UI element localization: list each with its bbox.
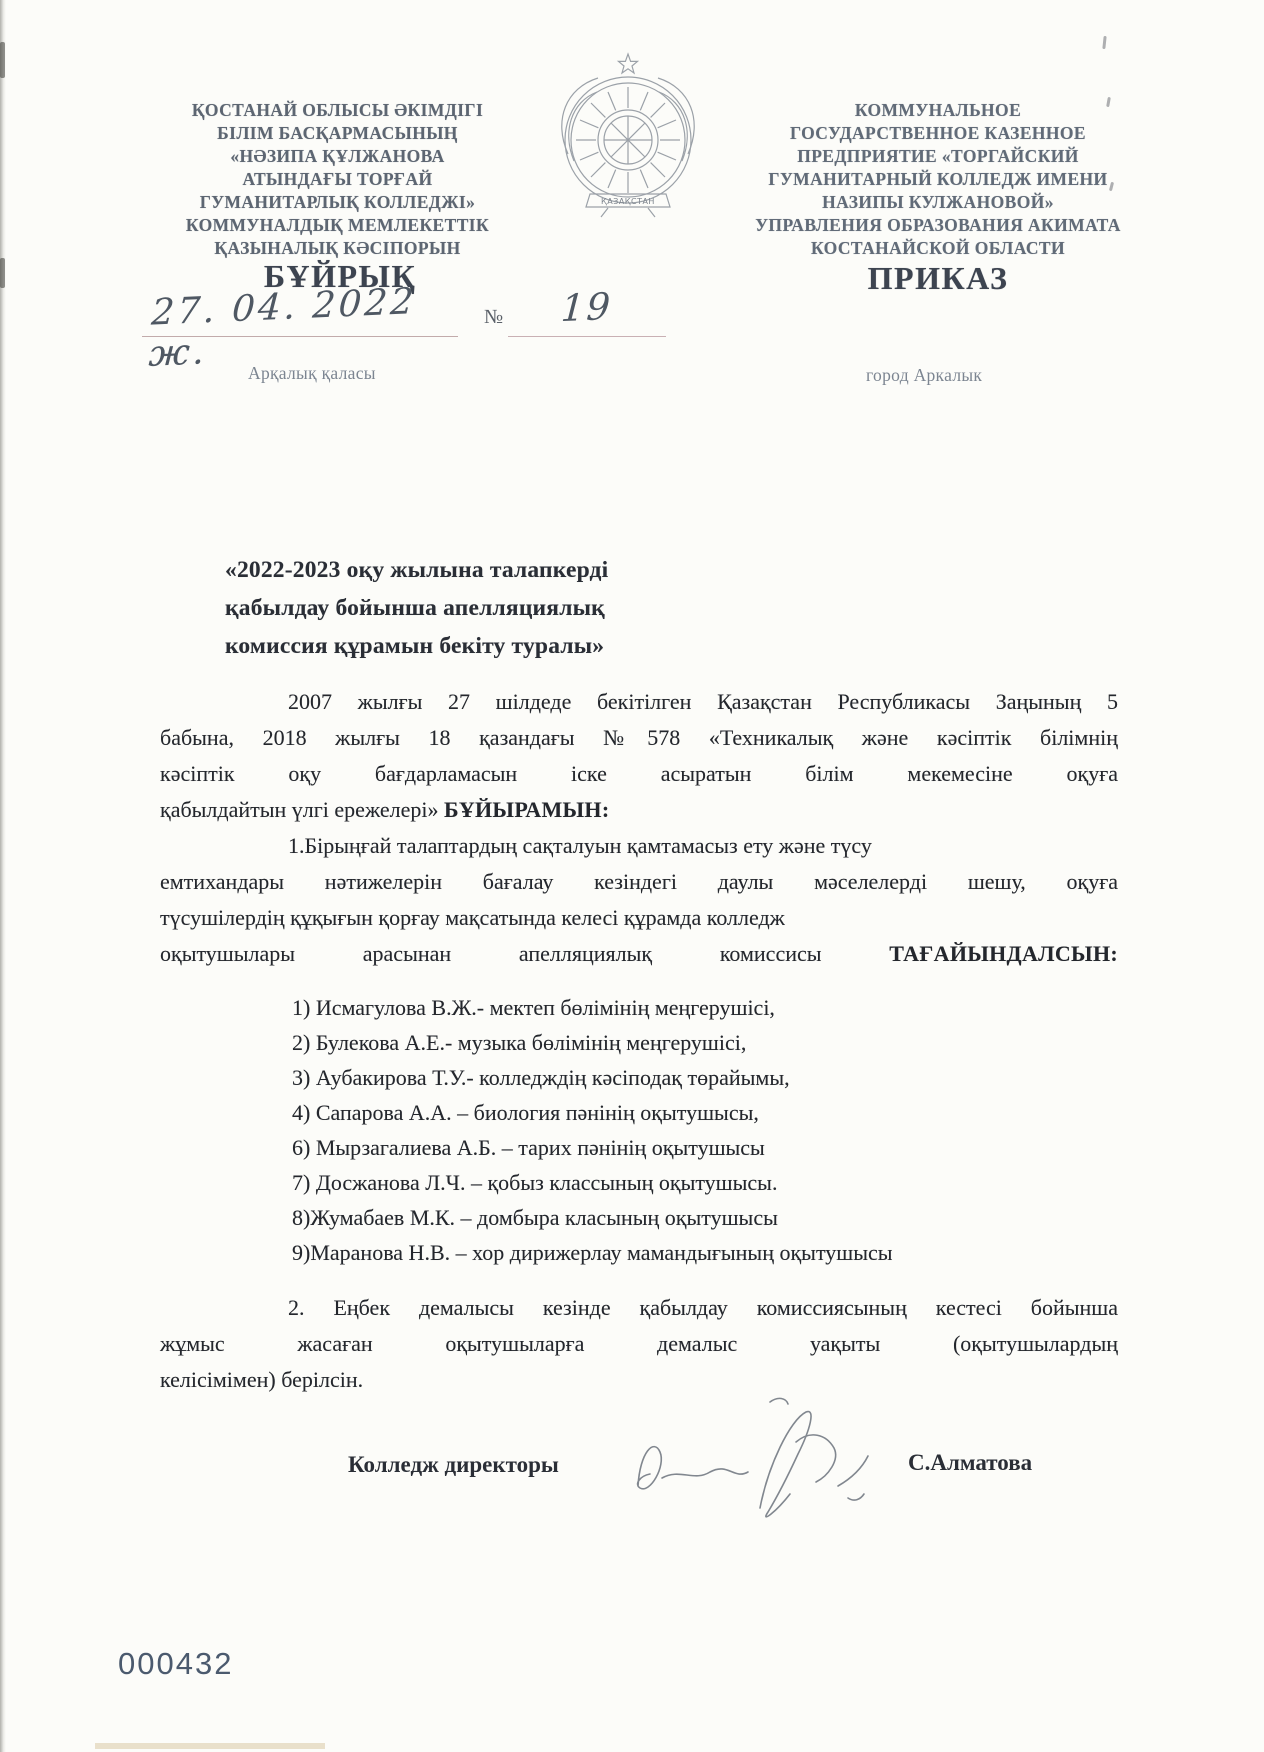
order-title-line: қабылдау бойынша апелляциялық: [225, 589, 785, 627]
org-line: ПРЕДПРИЯТИЕ «ТОРГАЙСКИЙ: [728, 145, 1148, 168]
org-line: ГУМАНИТАРНЫЙ КОЛЛЕДЖ ИМЕНИ: [728, 168, 1148, 191]
org-line: КОММУНАЛЬНОЕ: [728, 99, 1148, 122]
appointee-item: 6) Мырзагалиева А.Б. – тарих пәнінің оқы…: [292, 1130, 1118, 1165]
kazakhstan-coat-of-arms-icon: ҚАЗАҚСТАН: [540, 48, 716, 220]
paragraph-item-1: 1.Бірыңғай талаптардың сақталуын қамтама…: [160, 828, 1118, 972]
org-line: ГОСУДАРСТВЕННОЕ КАЗЕННОЕ: [728, 122, 1148, 145]
order-verb-bold: БҰЙЫРАМЫН:: [444, 797, 609, 822]
paragraph-item-2: 2. Еңбек демалысы кезінде қабылдау комис…: [160, 1290, 1118, 1398]
order-body: 2007 жылғы 27 шілдеде бекітілген Қазақст…: [160, 684, 1118, 1398]
city-kazakh: Арқалық қаласы: [248, 363, 376, 384]
org-line: БІЛІМ БАСҚАРМАСЫНЫҢ: [140, 122, 535, 145]
number-line: 19: [508, 286, 666, 337]
org-line: «НӘЗИПА ҚҰЛЖАНОВА: [140, 145, 535, 168]
body-line: түсушілердің құқығын қорғау мақсатында к…: [160, 900, 1118, 936]
appointee-item: 3) Аубакирова Т.У.- колледждің кәсіподақ…: [292, 1060, 1118, 1095]
date-line: 27. 04. 2022 ж.: [142, 286, 458, 337]
handwritten-number: 19: [560, 285, 614, 330]
body-line: емтихандары нәтижелерін бағалау кезіндег…: [160, 864, 1118, 900]
body-line: 2007 жылғы 27 шілдеде бекітілген Қазақст…: [160, 684, 1118, 720]
body-line: 1.Бірыңғай талаптардың сақталуын қамтама…: [160, 828, 1118, 864]
order-title-line: комиссия құрамын бекіту туралы»: [225, 627, 785, 665]
emblem-banner-label: ҚАЗАҚСТАН: [601, 197, 655, 206]
scan-speck: [1102, 36, 1106, 49]
org-line: УПРАВЛЕНИЯ ОБРАЗОВАНИЯ АКИМАТА: [728, 214, 1148, 237]
appointee-item: 7) Досжанова Л.Ч. – қобыз классының оқыт…: [292, 1165, 1118, 1200]
body-line: бабына, 2018 жылғы 18 қазандағы №578 «Те…: [160, 720, 1118, 756]
appointee-item: 9)Маранова Н.В. – хор дирижерлау маманды…: [292, 1235, 1118, 1270]
appointee-item: 8)Жумабаев М.К. – домбыра класының оқыту…: [292, 1200, 1118, 1235]
signer-name: С.Алматова: [908, 1450, 1032, 1476]
paragraph-legal-basis: 2007 жылғы 27 шілдеде бекітілген Қазақст…: [160, 684, 1118, 828]
scanned-order-document: ҚОСТАНАЙ ОБЛЫСЫ ӘКІМДІГІ БІЛІМ БАСҚАРМАС…: [0, 0, 1264, 1752]
body-line: кәсіптік оқу бағдарламасын іске асыратын…: [160, 756, 1118, 792]
org-line: КОММУНАЛДЫҚ МЕМЛЕКЕТТІК: [140, 214, 535, 237]
org-line: НАЗИПЫ КУЛЖАНОВОЙ»: [728, 191, 1148, 214]
appoint-verb-bold: ТАҒАЙЫНДАЛСЫН:: [889, 941, 1118, 966]
handwritten-signature: [610, 1390, 910, 1535]
org-line: ҚАЗЫНАЛЫҚ КӘСІПОРЫН: [140, 237, 535, 260]
org-name-kazakh: ҚОСТАНАЙ ОБЛЫСЫ ӘКІМДІГІ БІЛІМ БАСҚАРМАС…: [140, 99, 535, 260]
city-russian: город Аркалык: [866, 365, 982, 386]
number-sign: №: [484, 306, 503, 329]
body-text: оқытушылары арасынан апелляциялық комисс…: [160, 941, 889, 966]
org-line: ҚОСТАНАЙ ОБЛЫСЫ ӘКІМДІГІ: [140, 99, 535, 122]
body-text: қабылдайтын үлгі ережелері»: [160, 797, 444, 822]
scan-edge-nick: [0, 258, 5, 288]
appointee-list: 1) Исмагулова В.Ж.- мектеп бөлімінің мең…: [292, 990, 1118, 1270]
doc-type-russian: ПРИКАЗ: [728, 260, 1148, 297]
org-line: ГУМАНИТАРЛЫҚ КОЛЛЕДЖІ»: [140, 191, 535, 214]
org-line: АТЫНДАҒЫ ТОРҒАЙ: [140, 168, 535, 191]
order-title: «2022-2023 оқу жылына талапкерді қабылда…: [225, 551, 785, 665]
org-name-russian: КОММУНАЛЬНОЕ ГОСУДАРСТВЕННОЕ КАЗЕННОЕ ПР…: [728, 99, 1148, 260]
signer-role: Колледж директоры: [348, 1452, 559, 1478]
body-line: оқытушылары арасынан апелляциялық комисс…: [160, 936, 1118, 972]
handwritten-date: 27. 04. 2022 ж.: [148, 279, 461, 375]
body-line: 2. Еңбек демалысы кезінде қабылдау комис…: [160, 1290, 1118, 1326]
scan-smudge: [95, 1743, 325, 1749]
body-line: жұмыс жасаған оқытушыларға демалыс уақыт…: [160, 1326, 1118, 1362]
body-line: қабылдайтын үлгі ережелері» БҰЙЫРАМЫН:: [160, 792, 1118, 828]
page-stamp-number: 000432: [118, 1646, 233, 1682]
org-line: КОСТАНАЙСКОЙ ОБЛАСТИ: [728, 237, 1148, 260]
appointee-item: 2) Булекова А.Е.- музыка бөлімінің меңге…: [292, 1025, 1118, 1060]
order-title-line: «2022-2023 оқу жылына талапкерді: [225, 551, 785, 589]
appointee-item: 1) Исмагулова В.Ж.- мектеп бөлімінің мең…: [292, 990, 1118, 1025]
appointee-item: 4) Сапарова А.А. – биология пәнінің оқыт…: [292, 1095, 1118, 1130]
scan-edge-nick: [0, 42, 5, 78]
